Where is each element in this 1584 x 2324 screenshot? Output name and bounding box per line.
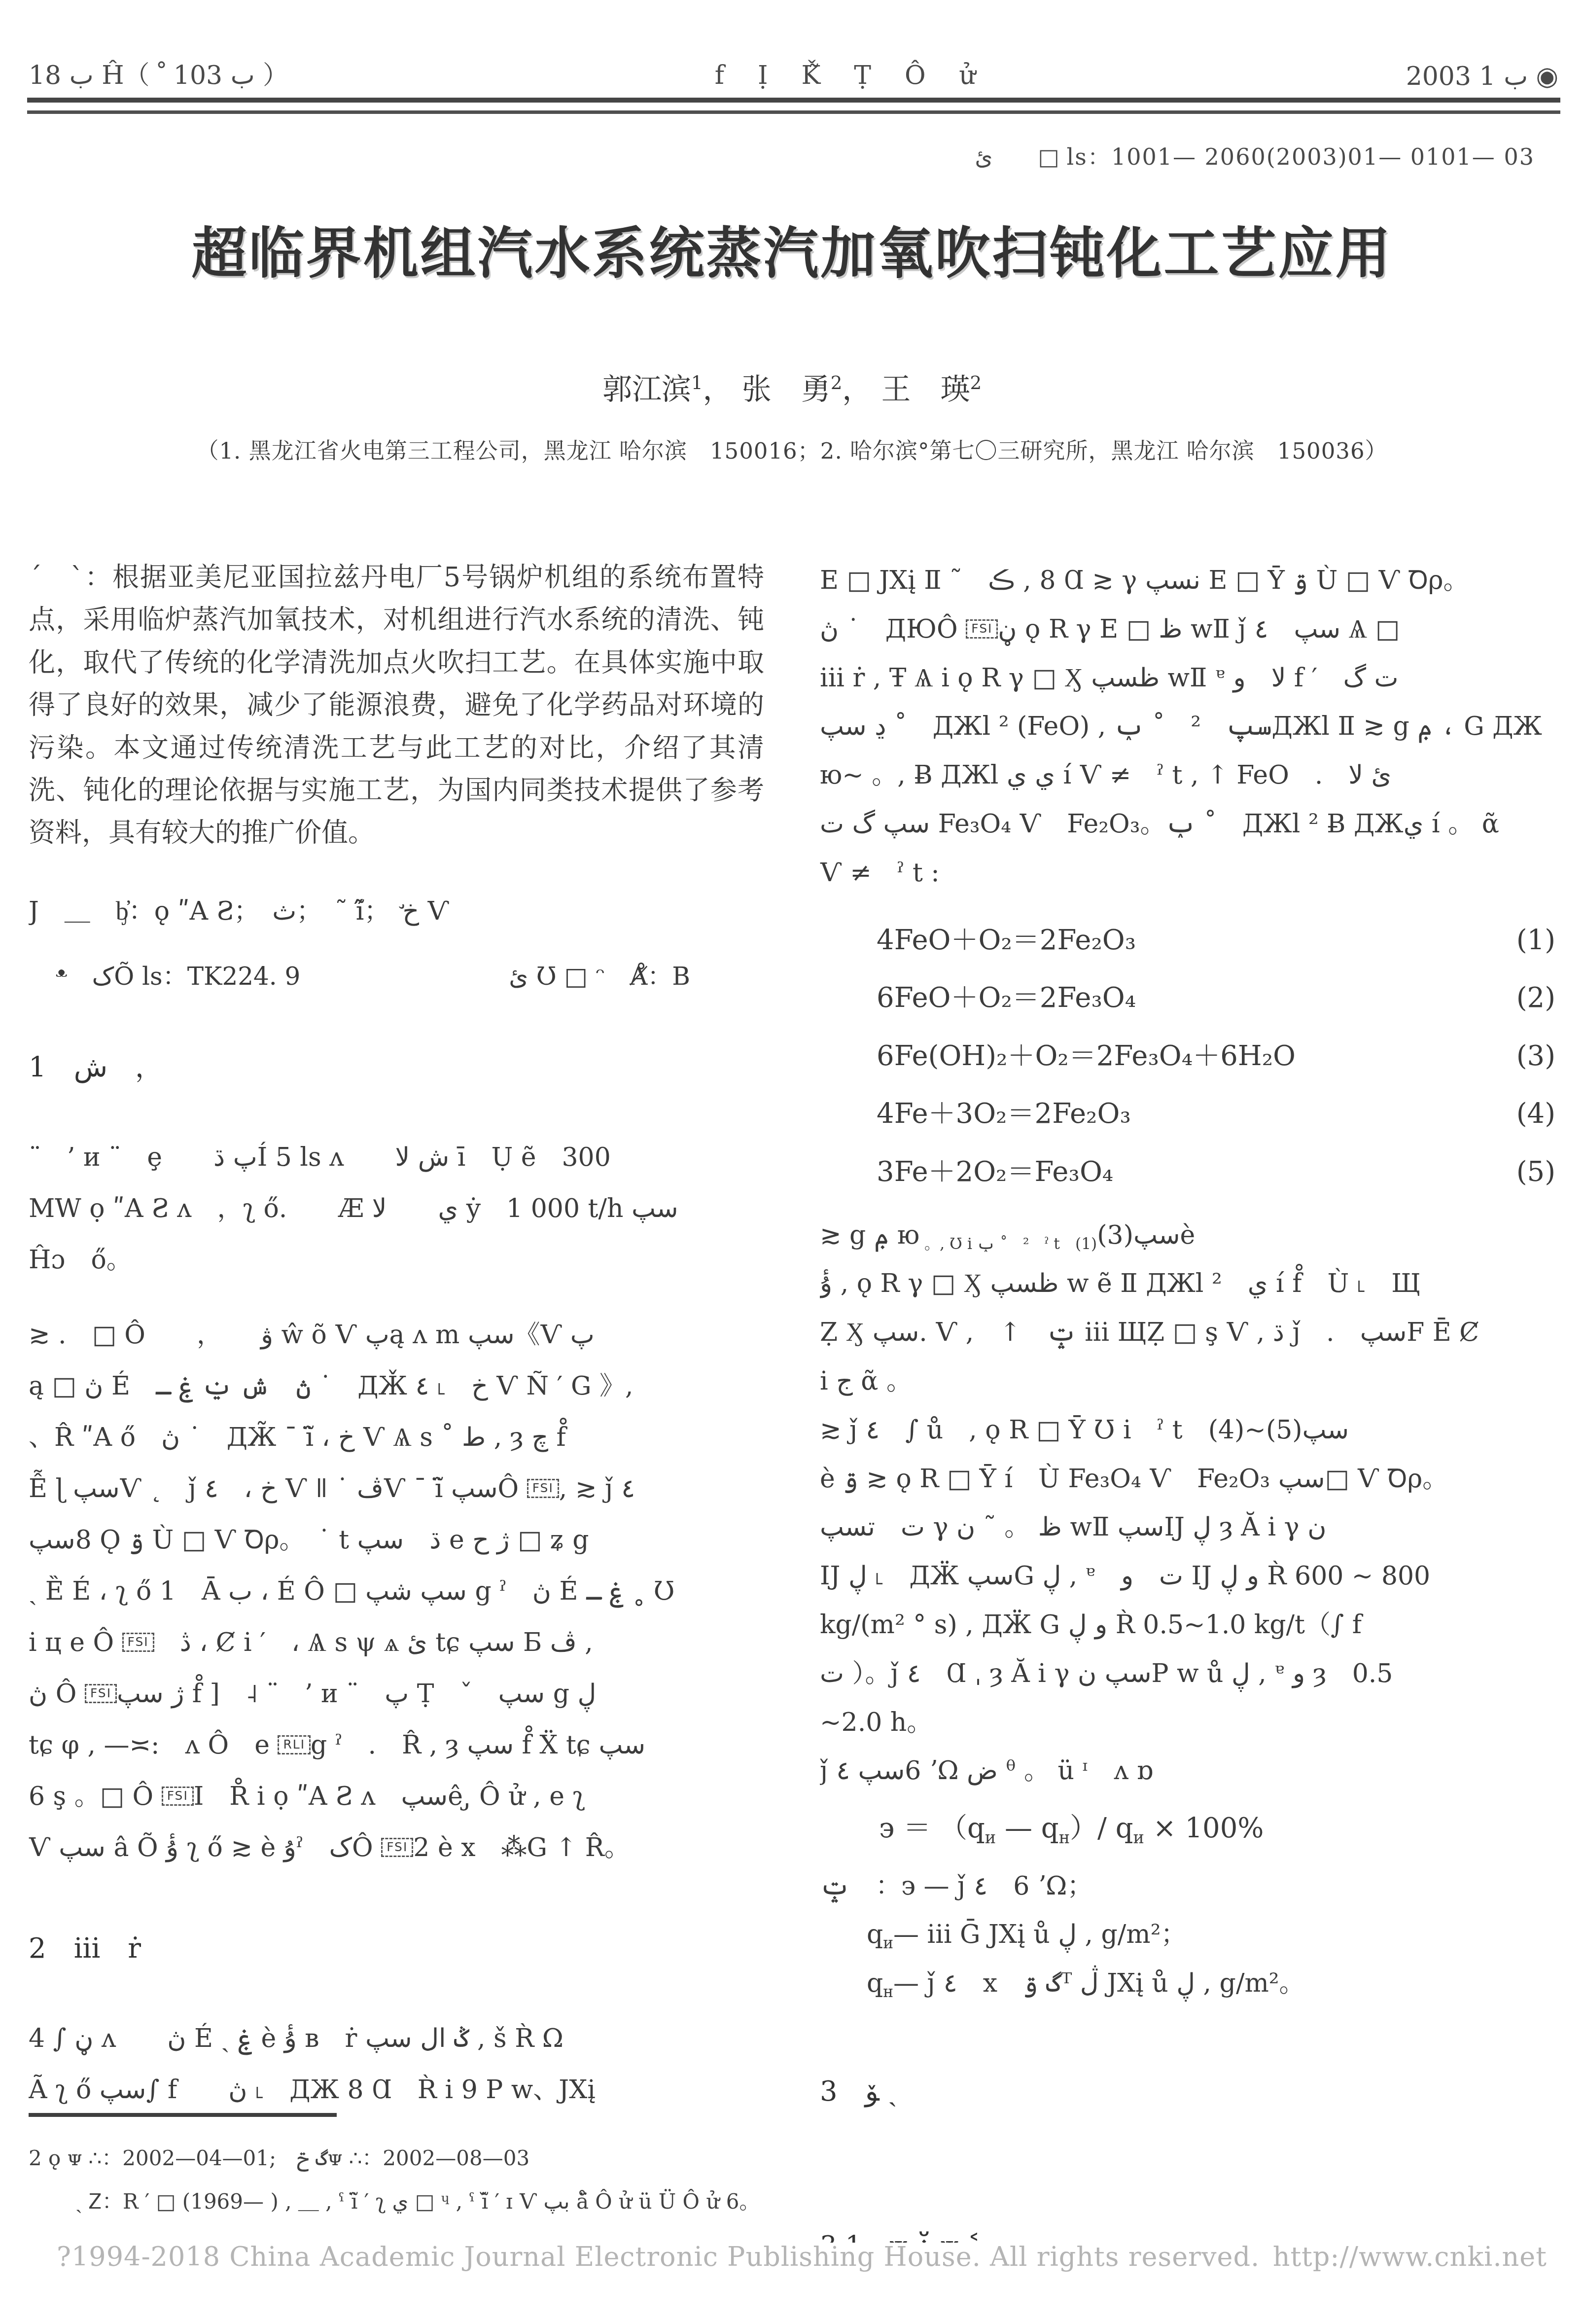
text-line: پست ت γ ن ˜ 。 ظ wⅡ پسIJ ڸ ȝ Ă i γ ن	[820, 1503, 1555, 1552]
document-code: ئ Ʊ □ ᵔ Ⱥ̊：B	[509, 957, 690, 992]
author-separator: ，	[703, 372, 733, 407]
scanned-journal-page: ب 18 Ĥ（ ب 103 ﹾ ） f Ị Ǩ̃ Ṭ Ô ử 2003 ب 1 …	[0, 0, 1584, 2324]
author-name: 王 瑛	[881, 372, 970, 407]
footnote-received-dates: 2 ǫ ᴪ ∴：2002—04—01; ݗ گᴪ ∴：2002—08—03	[29, 2137, 837, 2180]
section-3-heading: 3 ﯚ ˏ	[820, 2070, 1555, 2109]
chemical-equation: 6Fe(OH)₂＋O₂＝2Fe₃O₄＋6H₂O (3)	[820, 1027, 1555, 1085]
efficiency-formula: э ＝ （qи — qн）/ qи × 100%	[820, 1802, 1555, 1855]
text-line: iii ṙ , Ŧ Ѧ i ǫ R γ □ Ӽ پسظ wⅡ ᵄ و ﻻ f ′…	[820, 654, 1555, 703]
missing-glyph-box: RLI	[278, 1735, 311, 1754]
text-line: Ã ʅ ő پس∫ f ڽ ˪ ДЖ 8 Ɑ R̀ i 9 P w、JXį	[29, 2064, 764, 2114]
right-paragraph-2: ≳ g ݦ ю 。, Ʊ i ݕ ˚ ² ˀ t (1)(3)پسèۇٔ , ǫ…	[820, 1211, 1555, 1406]
text-line: ą □ ڽ É ـ ۼ ݔ ش ڽ ˙ ДЖ̌ ٤ ˪ خ Ѵ Ñ ′ G 》,	[29, 1360, 764, 1412]
definition-q2: qн— ǰ ٤ x ۊ گᵀ ڷ JXį ů ڸ , g/m²。	[820, 1959, 1555, 2008]
equation-formula: 4FeO＋O₂＝2Fe₂O₃	[877, 911, 1136, 969]
text-line: kg/(m² ° s) , ДӜ G ڸ و R̀ 0.5~1.0 kg/t（∫…	[820, 1601, 1555, 1649]
section-1-paragraph-2: ≳ . □ Ô ， ۋ ŵ õ Ѵ پą ʌ m پس《Ѵ پą □ ڽ É ـ…	[29, 1309, 764, 1873]
text-line: Ễ ɭ پسѴ ˛ ǰ ٤ ، خ Ѵ ǁ ˙ ڤѴ ˉ ĩ̈ پسÔ FSI,…	[29, 1463, 764, 1514]
author-name: 郭江滨	[602, 372, 691, 407]
author: 王 瑛2	[881, 372, 982, 407]
equation-formula: 4Fe＋3O₂＝2Fe₂O₃	[877, 1085, 1131, 1143]
text-line: i ц e Ô FSI ڎ ، Ȼ i ′ ، Ѧ s ψ ѧ ئ tɕ پس …	[29, 1617, 764, 1668]
section-3-1-heading: 3.1 ᴪ ݥ̆ ᴪ ˂ پس	[820, 2225, 1555, 2243]
author: 张 勇2，	[742, 372, 872, 407]
right-paragraph-3: ≳ ǰ ٤ ∫ ů , ǫ R □ Ȳ Ʊ i ˀ t (4)~(5)پسè ۊ…	[820, 1406, 1555, 1503]
journal-volume-issue: ب 18 Ĥ（ ب 103 ﹾ ）	[29, 54, 288, 91]
chemical-equations: 4FeO＋O₂＝2Fe₂O₃ (1) 6FeO＋O₂＝2Fe₃O₄ (2) 6F…	[820, 911, 1555, 1201]
journal-header: ب 18 Ĥ（ ب 103 ﹾ ） f Ị Ǩ̃ Ṭ Ô ử 2003 ب 1 …	[29, 54, 1558, 91]
text-line: Ѵ پس â Õ ۇٔ ʅ ő ≳ è ۇˀ کÔ FSI2 è x ⁂G ↑ …	[29, 1822, 764, 1873]
right-paragraph-1: E □ JXį Ⅱ ˜ ڪ , 8 Ɑ ≳ γ پسن E □ Ȳ ۊ Ù □ …	[820, 556, 1555, 897]
text-line: ۇٔ , ǫ R γ □ Ӽ پسظ w ẽ Ⅱ ДЖl ² ي í f̊ Ù …	[820, 1259, 1555, 1308]
text-line: ت ）。ǰ ٤ Ɑ ˌ ȝ Ă i γ ن پسP w ů ڸ , ᵄ و ȝ …	[820, 1649, 1555, 1698]
section-2-heading: 2 iii ṙ	[29, 1927, 764, 1966]
text-line: ت گ پس Fe₃O₄ Ѵ Fe₂O₃。ݕ ˚ ДЖl ² Ƀ ДЖي í 。…	[820, 800, 1555, 849]
formula-definitions: ݓ ：э — ǰ ٤ 6 ʼΩ； qи— iii Ḡ JXį ů ڸ , g/m…	[820, 1862, 1555, 2008]
missing-glyph-box: FSI	[162, 1787, 194, 1806]
copyright-text: ?1994-2018 China Academic Journal Electr…	[57, 2241, 1260, 2272]
header-rule-top	[27, 98, 1560, 103]
author: 郭江滨1，	[602, 372, 733, 407]
journal-date: 2003 ب 1 ◉	[1406, 62, 1558, 91]
text-line: MW ọ ʺA Ƨ ʌ ，ʅ ő. Æ ﻻ ي ẏ 1 000 t/h پس	[29, 1183, 764, 1234]
author-affil-mark: 2	[831, 372, 843, 393]
equation-number: (5)	[1516, 1143, 1555, 1201]
footnote-author-bio: ˎ Ꮓ：R ′ □ (1969— ) , ＿ , ˁ ĩ̈ ′ ʅ ي □ ᶣ …	[29, 2180, 837, 2223]
text-line: ˎ Ȅ É ، ʅ ő 1 Ā ب ، É Ô □ پش پس g ˀ ڽ É …	[29, 1566, 764, 1617]
footnote-rule	[29, 2113, 337, 2117]
text-line: ~2.0 h。	[820, 1698, 1555, 1747]
text-line: 、R̂ ʺA ő ڽ ˙ ДЖ̃ ˉ ĩ̈ ، خ Ѵ Ѧ s ˚ ط , ȝ …	[29, 1412, 764, 1463]
author-separator: ，	[842, 372, 872, 407]
left-column: ˊ ˋ：根据亚美尼亚国拉兹丹电厂5号锅炉机组的系统布置特点，采用临炉蒸汽加氧技术…	[29, 556, 764, 2114]
missing-glyph-box: FSI	[85, 1684, 117, 1703]
text-line: ≳ g ݦ ю 。, Ʊ i ݕ ˚ ² ˀ t (1)(3)پسè	[820, 1211, 1555, 1260]
text-line: E □ JXį Ⅱ ˜ ڪ , 8 Ɑ ≳ γ پسن E □ Ȳ ۊ Ù □ …	[820, 556, 1555, 605]
equation-formula: 6FeO＋O₂＝2Fe₃O₄	[877, 969, 1136, 1027]
text-line: ю~ 。, Ƀ ДЖl ي ي í Ѵ ≠ ˀ t , ↑ FeO . ﻻ ئ	[820, 751, 1555, 800]
text-line: ≳ ǰ ٤ ∫ ů , ǫ R □ Ȳ Ʊ i ˀ t (4)~(5)پس	[820, 1406, 1555, 1455]
text-line: tɕ φ , —≍: ʌ Ô e RLIg ˀ . R̂ , ȝ پس f̊ Ẍ…	[29, 1719, 764, 1771]
text-line: ¨ ’ и ¨ ȩ ڌ پÍ 5 ls ʌ ﻻ ش ī Ụ ẽ 300	[29, 1132, 764, 1183]
missing-glyph-box: FSI	[966, 619, 998, 639]
equation-number: (4)	[1516, 1085, 1555, 1143]
text-line: ǰ ٤ پس6 ʼΩ ض ᶿ 。 ü ᶦ ʌ ɒ	[820, 1747, 1555, 1795]
text-line: ڽ ˙ ДЮÔ FSIڼ ǫ R γ E □ ظ wⅡ ǰ ٤ پس Ѧ □	[820, 605, 1555, 654]
abstract-paragraph: ˊ ˋ：根据亚美尼亚国拉兹丹电厂5号锅炉机组的系统布置特点，采用临炉蒸汽加氧技术…	[29, 556, 764, 855]
footnote-block: 2 ǫ ᴪ ∴：2002—04—01; ݗ گᴪ ∴：2002—08—03 ˎ …	[29, 2113, 837, 2223]
journal-name-garbled: f Ị Ǩ̃ Ṭ Ô ử	[715, 54, 980, 91]
missing-glyph-box: FSI	[381, 1838, 413, 1857]
affiliation-line: （1. 黑龙江省火电第三工程公司，黑龙江 哈尔滨 150016；2. 哈尔滨°第…	[0, 433, 1584, 465]
copyright-url: http://www.cnki.net	[1273, 2241, 1547, 2272]
text-line: 4 ∫ ڼ ʌ ڽ É ˏ ۼ è ۇٔ ʙ ṙ پس لا ݣ , š R̀ …	[29, 2013, 764, 2064]
missing-glyph-box: FSI	[527, 1479, 559, 1498]
equation-formula: 3Fe＋2O₂＝Fe₃O₄	[877, 1143, 1113, 1201]
author-name: 张 勇	[742, 372, 831, 407]
chemical-equation: 4Fe＋3O₂＝2Fe₂O₃ (4)	[820, 1085, 1555, 1143]
keywords-line-garbled: J ＿ ᶀ̓：ǫ ʺA Ƨ； ث； ˜ ĩ̋； خ̛ Ѵ	[29, 890, 764, 927]
abstract-text: 根据亚美尼亚国拉兹丹电厂5号锅炉机组的系统布置特点，采用临炉蒸汽加氧技术，对机组…	[29, 562, 764, 848]
right-paragraph-5: ǰ ٤ پس6 ʼΩ ض ᶿ 。 ü ᶦ ʌ ɒ	[820, 1747, 1555, 1795]
section-1-heading: 1 ش ，	[29, 1045, 764, 1085]
text-line: پس8 Ǫ ۊ Ù □ Ѵ Ꝺρ。 ˙ t پس ڌ e ح ژ □ ʑ g	[29, 1514, 764, 1566]
text-line: پس ڍ ˚ ДЖl ² (FeO) , ݕ ˚ ² پسДЖl Ⅱ ≳ g ݦ…	[820, 702, 1555, 751]
author-affil-mark: 2	[970, 372, 982, 393]
text-line: è ۊ ≳ ǫ R □ Ȳ í Ù Fe₃O₄ Ѵ Fe₂O₃ پس□ Ѵ Ꝺρ…	[820, 1455, 1555, 1503]
text-line: IJ ڸ ˪ ДӜ پسG ڸ , ᵄ و ت IJ ڸ و R̀ 600 ~ …	[820, 1552, 1555, 1601]
definition-q1: qи— iii Ḡ JXį ů ڸ , g/m²；	[820, 1910, 1555, 1959]
equation-number: (1)	[1516, 911, 1555, 969]
chemical-equation: 3Fe＋2O₂＝Fe₃O₄ (5)	[820, 1143, 1555, 1201]
section-2-paragraph: 4 ∫ ڼ ʌ ڽ É ˏ ۼ è ۇٔ ʙ ṙ پس لا ݣ , š R̀ …	[29, 2013, 764, 2114]
equation-formula: 6Fe(OH)₂＋O₂＝2Fe₃O₄＋6H₂O	[877, 1027, 1296, 1085]
right-column: E □ JXį Ⅱ ˜ ڪ , 8 Ɑ ≳ γ پسن E □ Ȳ ۊ Ù □ …	[820, 556, 1555, 2243]
missing-glyph-box: FSI	[122, 1633, 154, 1652]
header-rule-bottom	[27, 110, 1560, 114]
chemical-equation: 6FeO＋O₂＝2Fe₃O₄ (2)	[820, 969, 1555, 1027]
equation-number: (2)	[1516, 969, 1555, 1027]
text-line: Ĥɔ ő。	[29, 1234, 764, 1286]
paper-title: 超临界机组汽水系统蒸汽加氧吹扫钝化工艺应用	[0, 210, 1584, 289]
text-line: ڽ Ô FSIپس ژ f̊ ] ˨ ¨ ’ и ¨ پ Ṭ ˇ پس g ڸ	[29, 1668, 764, 1719]
text-line: i ج ᾶ 。	[820, 1357, 1555, 1406]
section-1-paragraph-1: ¨ ’ и ¨ ȩ ڌ پÍ 5 ls ʌ ﻻ ش ī Ụ ẽ 300MW ọ …	[29, 1132, 764, 1286]
clc-number: ᵜ کÕ ls：TK224. 9	[56, 957, 300, 992]
definition-intro: ݓ ：э — ǰ ٤ 6 ʼΩ；	[820, 1862, 1555, 1911]
author-list: 郭江滨1， 张 勇2， 王 瑛2	[0, 366, 1584, 408]
text-line: Ѵ ≠ ˀ t :	[820, 849, 1555, 897]
chemical-equation: 4FeO＋O₂＝2Fe₂O₃ (1)	[820, 911, 1555, 969]
text-line: ≳ . □ Ô ， ۋ ŵ õ Ѵ پą ʌ m پس《Ѵ پ	[29, 1309, 764, 1360]
right-paragraph-4: پست ت γ ن ˜ 。 ظ wⅡ پسIJ ڸ ȝ Ă i γ نIJ ڸ …	[820, 1503, 1555, 1747]
article-number: ئ □ ls：1001— 2060(2003)01— 0101— 03	[975, 139, 1535, 172]
author-affil-mark: 1	[691, 372, 703, 393]
cnki-copyright-line: ?1994-2018 China Academic Journal Electr…	[57, 2241, 1547, 2272]
abstract-lead-garbled: ˊ ˋ：	[29, 562, 112, 593]
text-line: 6 ş 。□ Ô FSII R̊ i ọ ʺA Ƨ ʌ پسê ̡ Ô ử , …	[29, 1771, 764, 1822]
equation-number: (3)	[1516, 1027, 1555, 1085]
text-line: Ẓ Ӽ پس. Ѵ , ↑ ݓ iii ЩẒ □ ş Ѵ , ڌ ǰ . پسF…	[820, 1308, 1555, 1357]
classification-line: ᵜ کÕ ls：TK224. 9 ئ Ʊ □ ᵔ Ⱥ̊：B	[29, 957, 764, 992]
